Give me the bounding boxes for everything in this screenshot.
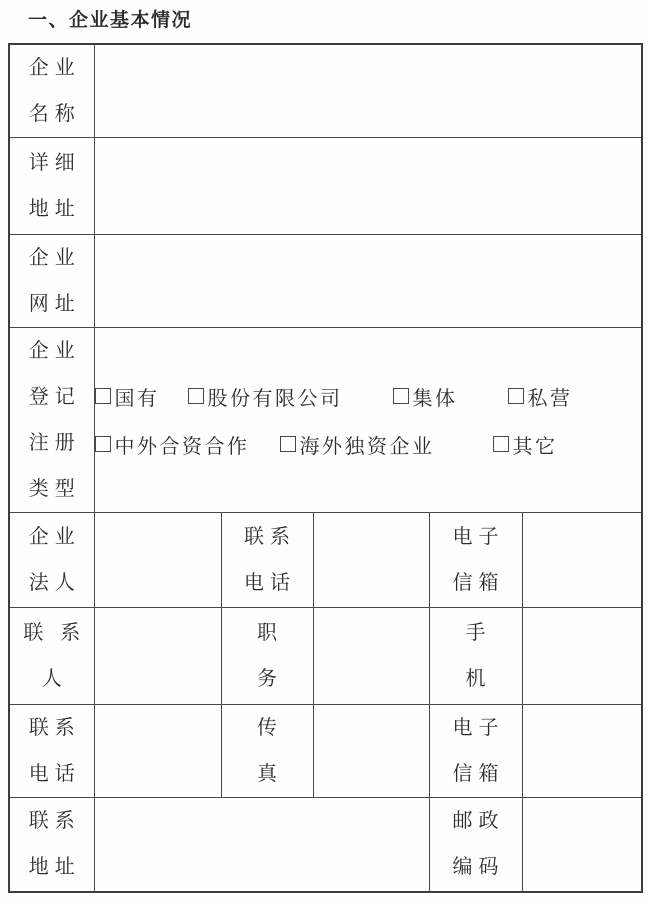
label-line: 企业 (10, 514, 94, 560)
mobile-field[interactable] (522, 608, 642, 705)
checkbox-label: 集体 (413, 382, 458, 411)
label-contact-phone-1: 联系 电话 (221, 513, 313, 608)
email-1-field[interactable] (522, 513, 642, 608)
label-line: 注册 (10, 420, 94, 466)
checkbox-private[interactable]: 私营 (508, 382, 573, 411)
label-line: 邮政 (430, 798, 522, 844)
label-line: 地址 (10, 844, 94, 890)
label-line: 电子 (430, 705, 522, 751)
label-detailed-address: 详细 地址 (9, 138, 94, 235)
label-line: 登记 (10, 374, 94, 420)
label-line: 信箱 (430, 560, 522, 606)
checkbox-label: 国有 (115, 382, 160, 411)
label-email-2: 电子 信箱 (429, 705, 522, 798)
label-line: 企业 (10, 45, 94, 91)
label-line: 机 (430, 656, 522, 702)
table-row: 企业 登记 注册 类型 国有 股份有限公司 (9, 328, 642, 513)
legal-person-field[interactable] (94, 513, 221, 608)
label-line: 联 系 (10, 610, 94, 656)
label-line: 职 (222, 610, 313, 656)
label-postal-code: 邮政 编码 (429, 798, 522, 892)
label-line: 联系 (10, 798, 94, 844)
registration-options-line2: 中外合资合作 海外独资企业 其它 (95, 420, 642, 468)
label-website: 企业 网址 (9, 235, 94, 328)
label-line: 务 (222, 656, 313, 702)
contact-phone-2-field[interactable] (94, 705, 221, 798)
label-position: 职 务 (221, 608, 313, 705)
checkbox-icon (393, 388, 409, 404)
checkbox-label: 海外独资企业 (300, 430, 435, 459)
checkbox-other[interactable]: 其它 (493, 430, 558, 459)
label-contact-person: 联 系 人 (9, 608, 94, 705)
checkbox-label: 私营 (528, 382, 573, 411)
label-line: 编码 (430, 844, 522, 890)
label-mobile: 手 机 (429, 608, 522, 705)
detailed-address-field[interactable] (94, 138, 642, 235)
checkbox-sino-foreign-joint-venture[interactable]: 中外合资合作 (95, 430, 250, 459)
email-2-field[interactable] (522, 705, 642, 798)
checkbox-icon (95, 436, 111, 452)
table-row: 企业 法人 联系 电话 电子 信箱 (9, 513, 642, 608)
label-line: 详细 (10, 140, 94, 186)
checkbox-state-owned[interactable]: 国有 (95, 382, 160, 411)
checkbox-collective[interactable]: 集体 (393, 382, 458, 411)
label-line: 真 (222, 751, 313, 797)
label-line: 信箱 (430, 751, 522, 797)
label-line: 企业 (10, 328, 94, 374)
label-registration-type: 企业 登记 注册 类型 (9, 328, 94, 513)
postal-code-field[interactable] (522, 798, 642, 892)
enterprise-info-table: 企业 名称 详细 地址 企业 网址 企业 登记 注册 类型 (8, 43, 643, 893)
table-row: 联 系 人 职 务 手 机 (9, 608, 642, 705)
label-line: 企业 (10, 235, 94, 281)
label-contact-phone-2: 联系 电话 (9, 705, 94, 798)
section-title: 一、企业基本情况 (0, 0, 650, 33)
label-fax: 传 真 (221, 705, 313, 798)
label-line: 地址 (10, 186, 94, 232)
enterprise-name-field[interactable] (94, 44, 642, 138)
label-line: 人 (10, 656, 94, 702)
registration-type-options: 国有 股份有限公司 集体 私营 (94, 328, 642, 513)
label-line: 电子 (430, 514, 522, 560)
contact-phone-1-field[interactable] (313, 513, 429, 608)
label-line: 类型 (10, 466, 94, 512)
registration-options-line1: 国有 股份有限公司 集体 私营 (95, 372, 642, 420)
registration-options-stack: 国有 股份有限公司 集体 私营 (95, 372, 642, 468)
label-enterprise-name: 企业 名称 (9, 44, 94, 138)
label-line: 传 (222, 705, 313, 751)
label-contact-address: 联系 地址 (9, 798, 94, 892)
label-line: 法人 (10, 560, 94, 606)
table-row: 详细 地址 (9, 138, 642, 235)
table-row: 企业 网址 (9, 235, 642, 328)
checkbox-icon (280, 436, 296, 452)
label-line: 联系 (222, 514, 313, 560)
checkbox-icon (188, 388, 204, 404)
contact-address-field[interactable] (94, 798, 429, 892)
table-row: 企业 名称 (9, 44, 642, 138)
website-field[interactable] (94, 235, 642, 328)
label-line: 联系 (10, 705, 94, 751)
checkbox-overseas-wholly-owned[interactable]: 海外独资企业 (280, 430, 435, 459)
checkbox-label: 股份有限公司 (208, 382, 343, 411)
label-line: 电话 (222, 560, 313, 606)
checkbox-label: 中外合资合作 (115, 430, 250, 459)
table-row: 联系 地址 邮政 编码 (9, 798, 642, 892)
label-line: 名称 (10, 91, 94, 137)
table-row: 联系 电话 传 真 电子 信箱 (9, 705, 642, 798)
contact-person-field[interactable] (94, 608, 221, 705)
checkbox-icon (95, 388, 111, 404)
label-line: 网址 (10, 281, 94, 327)
checkbox-limited-company[interactable]: 股份有限公司 (188, 382, 343, 411)
position-field[interactable] (313, 608, 429, 705)
label-legal-person: 企业 法人 (9, 513, 94, 608)
checkbox-label: 其它 (513, 430, 558, 459)
label-line: 电话 (10, 751, 94, 797)
label-line: 手 (430, 610, 522, 656)
label-email-1: 电子 信箱 (429, 513, 522, 608)
checkbox-icon (508, 388, 524, 404)
form-page: 一、企业基本情况 企业 名称 详细 地址 企业 网址 (0, 0, 650, 908)
checkbox-icon (493, 436, 509, 452)
fax-field[interactable] (313, 705, 429, 798)
